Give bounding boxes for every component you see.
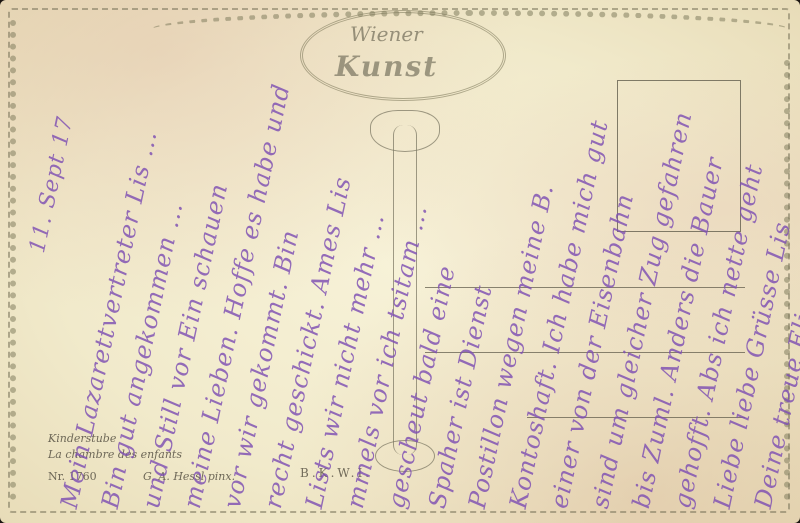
postcard-back: Wiener Kunst Kinderstube La chambre des … <box>0 0 800 523</box>
publisher-logo-line1: Wiener <box>350 22 423 46</box>
publisher-logo-line2: Kunst <box>335 50 438 83</box>
floral-garland-left <box>10 20 46 500</box>
